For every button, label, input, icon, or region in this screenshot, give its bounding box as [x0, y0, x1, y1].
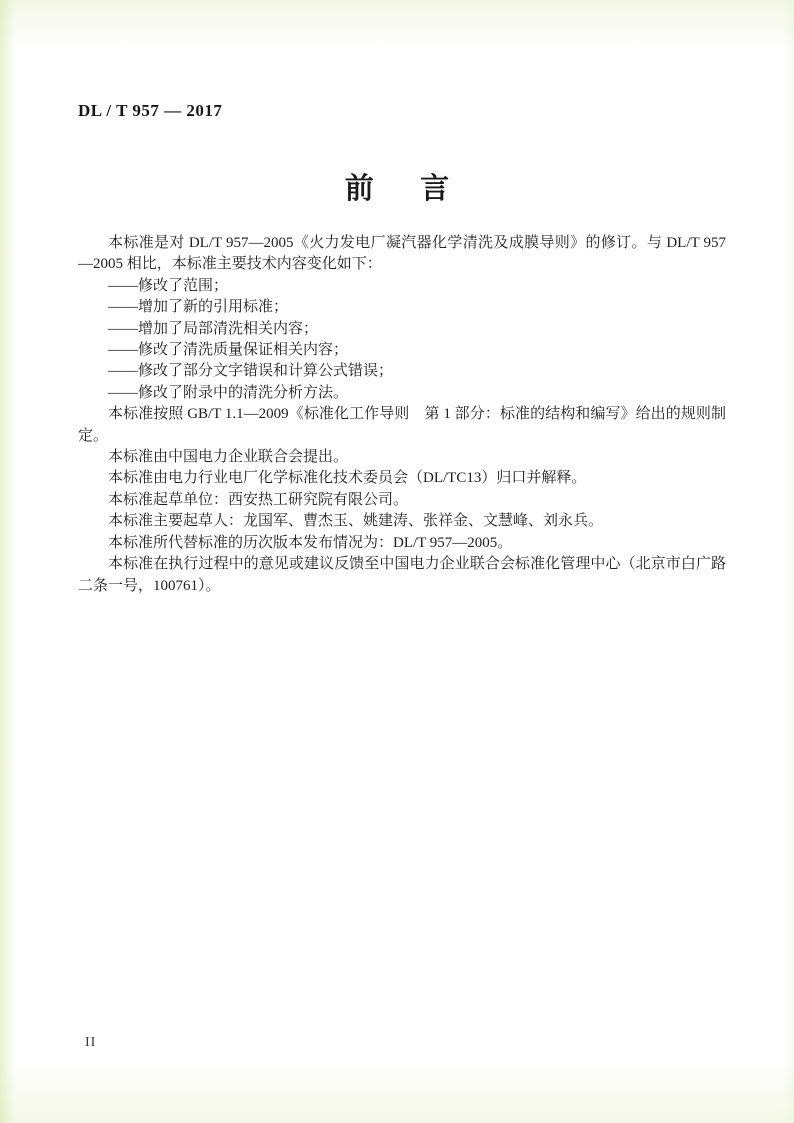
foreword-statement: 本标准由中国电力企业联合会提出。 — [78, 447, 726, 468]
change-item: ——修改了部分文字错误和计算公式错误； — [78, 361, 726, 382]
foreword-statement: 本标准按照 GB/T 1.1—2009《标准化工作导则 第 1 部分：标准的结构… — [78, 404, 726, 447]
foreword-statement: 本标准所代替标准的历次版本发布情况为：DL/T 957—2005。 — [78, 533, 726, 554]
document-page: DL / T 957 — 2017 前言 本标准是对 DL/T 957—2005… — [0, 0, 794, 1123]
foreword-statement: 本标准起草单位：西安热工研究院有限公司。 — [78, 490, 726, 511]
foreword-statement: 本标准主要起草人：龙国军、曹杰玉、姚建涛、张祥金、文慧峰、刘永兵。 — [78, 511, 726, 532]
change-item: ——增加了新的引用标准； — [78, 297, 726, 318]
foreword-title: 前言 — [0, 166, 794, 207]
change-item: ——修改了附录中的清洗分析方法。 — [78, 383, 726, 404]
foreword-body: 本标准是对 DL/T 957—2005《火力发电厂凝汽器化学清洗及成膜导则》的修… — [78, 233, 726, 597]
change-item: ——增加了局部清洗相关内容； — [78, 319, 726, 340]
foreword-statement: 本标准由电力行业电厂化学标准化技术委员会（DL/TC13）归口并解释。 — [78, 468, 726, 489]
change-item: ——修改了范围； — [78, 276, 726, 297]
foreword-intro-paragraph: 本标准是对 DL/T 957—2005《火力发电厂凝汽器化学清洗及成膜导则》的修… — [78, 233, 726, 276]
page-number: II — [85, 1035, 96, 1051]
standard-code-header: DL / T 957 — 2017 — [78, 101, 222, 121]
change-item: ——修改了清洗质量保证相关内容； — [78, 340, 726, 361]
foreword-statement: 本标准在执行过程中的意见或建议反馈至中国电力企业联合会标准化管理中心（北京市白广… — [78, 554, 726, 597]
